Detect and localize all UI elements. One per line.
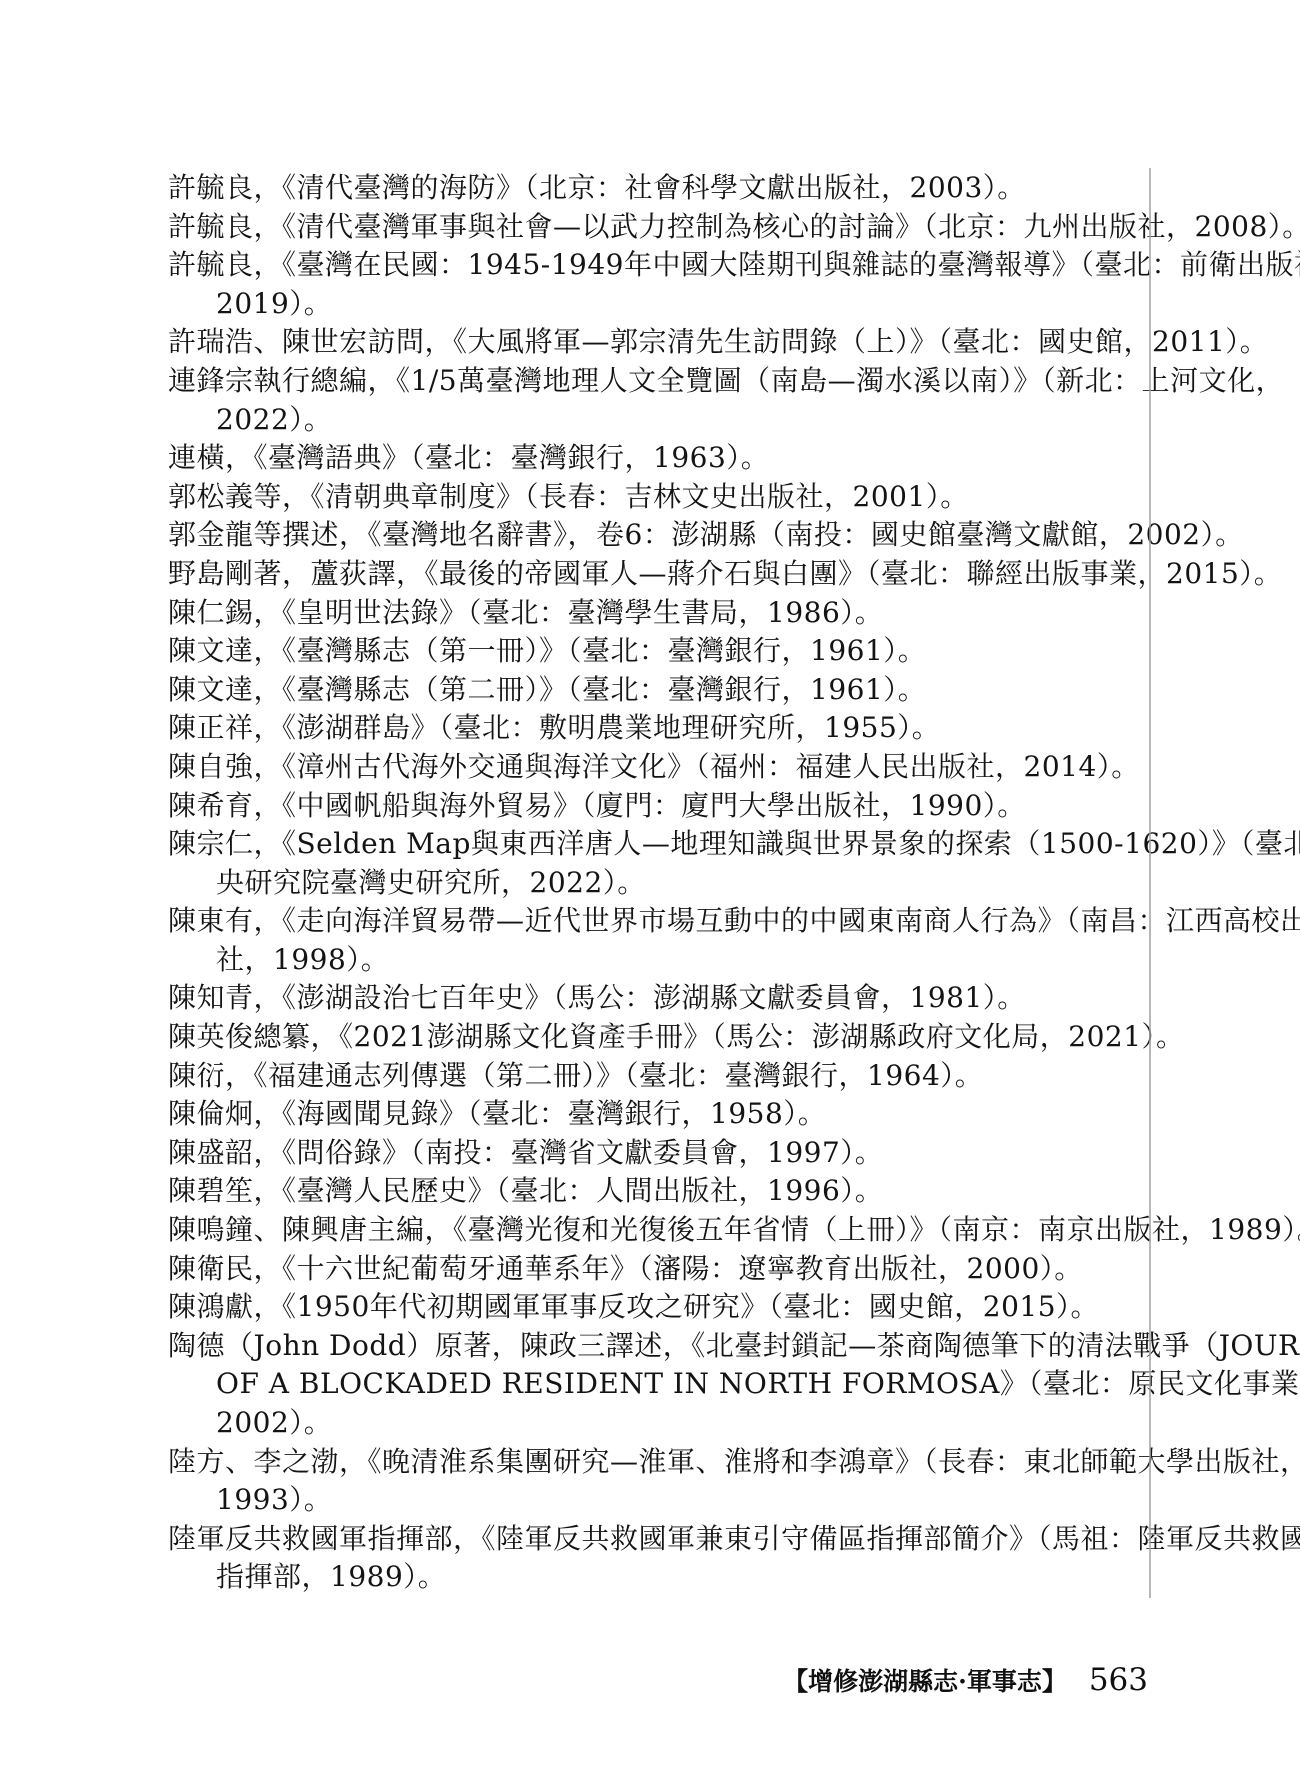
bibliography-line: 陳英俊總纂，《2021澎湖縣文化資產手冊》（馬公：澎湖縣政府文化局，2021）。	[168, 1018, 1178, 1057]
bibliography-line: 2002）。	[168, 1404, 1178, 1443]
bibliography-entry: 郭松義等，《清朝典章制度》（長春：吉林文史出版社，2001）。	[168, 478, 1178, 517]
bibliography-line: 陳仁錫，《皇明世法錄》（臺北：臺灣學生書局，1986）。	[168, 594, 1178, 633]
bibliography-entry: 陳東有，《走向海洋貿易帶—近代世界市場互動中的中國東南商人行為》（南昌：江西高校…	[168, 902, 1178, 979]
bibliography-line: 許瑞浩、陳世宏訪問，《大風將軍—郭宗清先生訪問錄（上）》（臺北：國史館，2011…	[168, 323, 1178, 362]
bibliography-line: 陳碧笙，《臺灣人民歷史》（臺北：人間出版社，1996）。	[168, 1172, 1178, 1211]
bibliography-line: 陳宗仁，《Selden Map與東西洋唐人—地理知識與世界景象的探索（1500-…	[168, 825, 1178, 864]
bibliography-line: 陸方、李之渤，《晚清淮系集團研究—淮軍、淮將和李鴻章》（長春：東北師範大學出版社…	[168, 1443, 1178, 1482]
bibliography-entry: 許毓良，《清代臺灣的海防》（北京：社會科學文獻出版社，2003）。	[168, 169, 1178, 208]
bibliography-entry: 陳正祥，《澎湖群島》（臺北：敷明農業地理研究所，1955）。	[168, 709, 1178, 748]
bibliography-entry: 陳自強，《漳州古代海外交通與海洋文化》（福州：福建人民出版社，2014）。	[168, 748, 1178, 787]
bibliography-entry: 陳鳴鐘、陳興唐主編，《臺灣光復和光復後五年省情（上冊）》（南京：南京出版社，19…	[168, 1211, 1178, 1250]
bibliography-line: 陳衛民，《十六世紀葡萄牙通華系年》（瀋陽：遼寧教育出版社，2000）。	[168, 1250, 1178, 1289]
bibliography-entry: 陳宗仁，《Selden Map與東西洋唐人—地理知識與世界景象的探索（1500-…	[168, 825, 1178, 902]
bibliography-entry: 陳知青，《澎湖設治七百年史》（馬公：澎湖縣文獻委員會，1981）。	[168, 979, 1178, 1018]
bibliography-line: 1993）。	[168, 1481, 1178, 1520]
bibliography-line: 陳希育，《中國帆船與海外貿易》（廈門：廈門大學出版社，1990）。	[168, 787, 1178, 826]
bibliography-list: 許毓良，《清代臺灣的海防》（北京：社會科學文獻出版社，2003）。許毓良，《清代…	[168, 169, 1178, 1597]
scan-artifact-line	[1149, 168, 1151, 1598]
bibliography-line: 社，1998）。	[168, 941, 1178, 980]
bibliography-entry: 陳仁錫，《皇明世法錄》（臺北：臺灣學生書局，1986）。	[168, 594, 1178, 633]
bibliography-line: 郭金龍等撰述，《臺灣地名辭書》，卷6：澎湖縣（南投：國史館臺灣文獻館，2002）…	[168, 516, 1178, 555]
bibliography-line: 陳自強，《漳州古代海外交通與海洋文化》（福州：福建人民出版社，2014）。	[168, 748, 1178, 787]
bibliography-line: 陸軍反共救國軍指揮部，《陸軍反共救國軍兼東引守備區指揮部簡介》（馬祖：陸軍反共救…	[168, 1520, 1178, 1559]
bibliography-line: 陳鴻獻，《1950年代初期國軍軍事反攻之研究》（臺北：國史館，2015）。	[168, 1288, 1178, 1327]
bibliography-line: 陳文達，《臺灣縣志（第二冊）》（臺北：臺灣銀行，1961）。	[168, 671, 1178, 710]
bibliography-line: 陶德（John Dodd）原著，陳政三譯述，《北臺封鎖記—茶商陶德筆下的清法戰爭…	[168, 1327, 1178, 1366]
bibliography-entry: 陳英俊總纂，《2021澎湖縣文化資產手冊》（馬公：澎湖縣政府文化局，2021）。	[168, 1018, 1178, 1057]
bibliography-line: 許毓良，《臺灣在民國：1945-1949年中國大陸期刊與雜誌的臺灣報導》（臺北：…	[168, 246, 1178, 285]
bibliography-entry: 陶德（John Dodd）原著，陳政三譯述，《北臺封鎖記—茶商陶德筆下的清法戰爭…	[168, 1327, 1178, 1443]
bibliography-entry: 陳倫炯，《海國聞見錄》（臺北：臺灣銀行，1958）。	[168, 1095, 1178, 1134]
bibliography-entry: 許毓良，《清代臺灣軍事與社會—以武力控制為核心的討論》（北京：九州出版社，200…	[168, 208, 1178, 247]
bibliography-line: 許毓良，《清代臺灣的海防》（北京：社會科學文獻出版社，2003）。	[168, 169, 1178, 208]
bibliography-line: 指揮部，1989）。	[168, 1558, 1178, 1597]
bibliography-entry: 陳衛民，《十六世紀葡萄牙通華系年》（瀋陽：遼寧教育出版社，2000）。	[168, 1250, 1178, 1289]
bibliography-line: 央研究院臺灣史研究所，2022）。	[168, 864, 1178, 903]
bibliography-entry: 陳盛韶，《問俗錄》（南投：臺灣省文獻委員會，1997）。	[168, 1134, 1178, 1173]
bibliography-line: 2022）。	[168, 401, 1178, 440]
footer-page-number: 563	[1089, 1662, 1148, 1698]
bibliography-entry: 陳碧笙，《臺灣人民歷史》（臺北：人間出版社，1996）。	[168, 1172, 1178, 1211]
bibliography-line: 陳衍，《福建通志列傳選（第二冊）》（臺北：臺灣銀行，1964）。	[168, 1057, 1178, 1096]
bibliography-line: 野島剛著，蘆荻譯，《最後的帝國軍人—蔣介石與白團》（臺北：聯經出版事業，2015…	[168, 555, 1178, 594]
bibliography-entry: 陳希育，《中國帆船與海外貿易》（廈門：廈門大學出版社，1990）。	[168, 787, 1178, 826]
bibliography-line: OF A BLOCKADED RESIDENT IN NORTH FORMOSA…	[168, 1365, 1178, 1404]
bibliography-entry: 陳文達，《臺灣縣志（第一冊）》（臺北：臺灣銀行，1961）。	[168, 632, 1178, 671]
bibliography-line: 連鋒宗執行總編，《1/5萬臺灣地理人文全覽圖（南島—濁水溪以南）》（新北：上河文…	[168, 362, 1178, 401]
bibliography-entry: 許毓良，《臺灣在民國：1945-1949年中國大陸期刊與雜誌的臺灣報導》（臺北：…	[168, 246, 1178, 323]
bibliography-line: 郭松義等，《清朝典章制度》（長春：吉林文史出版社，2001）。	[168, 478, 1178, 517]
bibliography-entry: 陳文達，《臺灣縣志（第二冊）》（臺北：臺灣銀行，1961）。	[168, 671, 1178, 710]
bibliography-entry: 陸方、李之渤，《晚清淮系集團研究—淮軍、淮將和李鴻章》（長春：東北師範大學出版社…	[168, 1443, 1178, 1520]
footer-volume-title: 【增修澎湖縣志·軍事志】	[783, 1662, 1067, 1698]
bibliography-line: 陳鳴鐘、陳興唐主編，《臺灣光復和光復後五年省情（上冊）》（南京：南京出版社，19…	[168, 1211, 1178, 1250]
bibliography-entry: 許瑞浩、陳世宏訪問，《大風將軍—郭宗清先生訪問錄（上）》（臺北：國史館，2011…	[168, 323, 1178, 362]
bibliography-entry: 陳鴻獻，《1950年代初期國軍軍事反攻之研究》（臺北：國史館，2015）。	[168, 1288, 1178, 1327]
page: 許毓良，《清代臺灣的海防》（北京：社會科學文獻出版社，2003）。許毓良，《清代…	[0, 0, 1300, 1778]
bibliography-entry: 連鋒宗執行總編，《1/5萬臺灣地理人文全覽圖（南島—濁水溪以南）》（新北：上河文…	[168, 362, 1178, 439]
bibliography-entry: 陳衍，《福建通志列傳選（第二冊）》（臺北：臺灣銀行，1964）。	[168, 1057, 1178, 1096]
bibliography-entry: 連橫，《臺灣語典》（臺北：臺灣銀行，1963）。	[168, 439, 1178, 478]
bibliography-line: 陳知青，《澎湖設治七百年史》（馬公：澎湖縣文獻委員會，1981）。	[168, 979, 1178, 1018]
bibliography-line: 2019）。	[168, 285, 1178, 324]
bibliography-line: 連橫，《臺灣語典》（臺北：臺灣銀行，1963）。	[168, 439, 1178, 478]
bibliography-line: 陳倫炯，《海國聞見錄》（臺北：臺灣銀行，1958）。	[168, 1095, 1178, 1134]
bibliography-line: 陳正祥，《澎湖群島》（臺北：敷明農業地理研究所，1955）。	[168, 709, 1178, 748]
page-footer: 【增修澎湖縣志·軍事志】 563	[783, 1662, 1148, 1698]
bibliography-line: 陳盛韶，《問俗錄》（南投：臺灣省文獻委員會，1997）。	[168, 1134, 1178, 1173]
bibliography-entry: 陸軍反共救國軍指揮部，《陸軍反共救國軍兼東引守備區指揮部簡介》（馬祖：陸軍反共救…	[168, 1520, 1178, 1597]
bibliography-entry: 野島剛著，蘆荻譯，《最後的帝國軍人—蔣介石與白團》（臺北：聯經出版事業，2015…	[168, 555, 1178, 594]
bibliography-line: 陳文達，《臺灣縣志（第一冊）》（臺北：臺灣銀行，1961）。	[168, 632, 1178, 671]
bibliography-line: 陳東有，《走向海洋貿易帶—近代世界市場互動中的中國東南商人行為》（南昌：江西高校…	[168, 902, 1178, 941]
bibliography-entry: 郭金龍等撰述，《臺灣地名辭書》，卷6：澎湖縣（南投：國史館臺灣文獻館，2002）…	[168, 516, 1178, 555]
bibliography-line: 許毓良，《清代臺灣軍事與社會—以武力控制為核心的討論》（北京：九州出版社，200…	[168, 208, 1178, 247]
